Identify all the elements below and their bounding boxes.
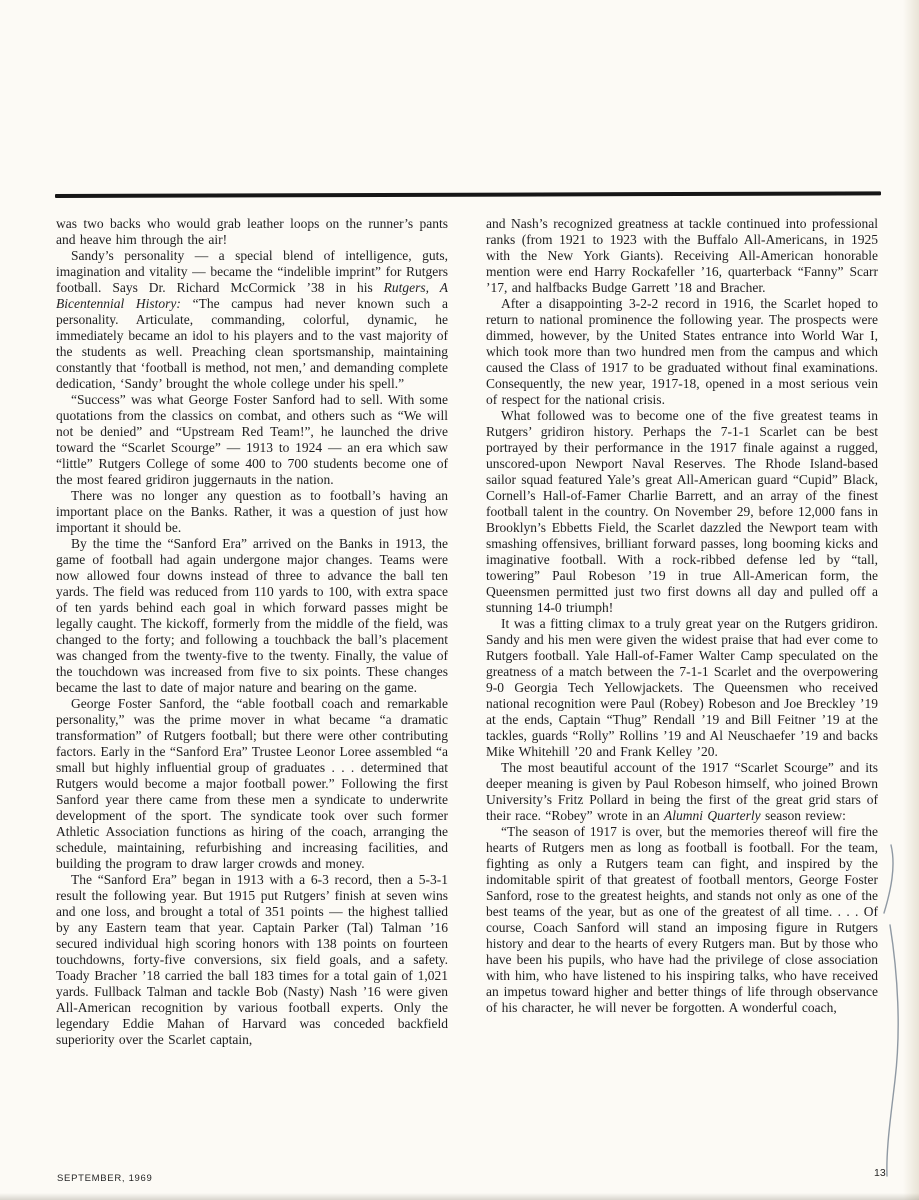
margin-mark-icon xyxy=(887,925,898,1176)
margin-mark-icon xyxy=(884,845,893,913)
top-rule xyxy=(55,191,881,197)
left-column: was two backs who would grab leather loo… xyxy=(56,216,448,1172)
paragraph: The “Sanford Era” began in 1913 with a 6… xyxy=(56,872,448,1048)
text-run: It was a fitting climax to a truly great… xyxy=(486,616,878,759)
paragraph: By the time the “Sanford Era” arrived on… xyxy=(56,536,448,696)
right-column: and Nash’s recognized greatness at tackl… xyxy=(486,216,878,1172)
text-run: “The season of 1917 is over, but the mem… xyxy=(486,824,878,1015)
text-run: By the time the “Sanford Era” arrived on… xyxy=(56,536,448,695)
paragraph: What followed was to become one of the f… xyxy=(486,408,878,616)
paragraph: It was a fitting climax to a truly great… xyxy=(486,616,878,760)
journal-date: SEPTEMBER, 1969 xyxy=(57,1173,153,1184)
paragraph: After a disappointing 3-2-2 record in 19… xyxy=(486,296,878,408)
text-run: “Success” was what George Foster Sanford… xyxy=(56,392,448,487)
paragraph: Sandy’s personality — a special blend of… xyxy=(56,248,448,392)
paragraph: was two backs who would grab leather loo… xyxy=(56,216,448,248)
text-run: Alumni Quarterly xyxy=(664,808,761,823)
page-number: 13 xyxy=(874,1167,886,1179)
scan-bottom-edge-shadow xyxy=(0,1193,919,1200)
text-run: was two backs who would grab leather loo… xyxy=(56,216,448,247)
text-run: George Foster Sanford, the “able footbal… xyxy=(56,696,448,871)
text-run: There was no longer any question as to f… xyxy=(56,488,448,535)
magazine-page: was two backs who would grab leather loo… xyxy=(0,0,919,1200)
text-run: and Nash’s recognized greatness at tackl… xyxy=(486,216,878,295)
paragraph: “Success” was what George Foster Sanford… xyxy=(56,392,448,488)
paragraph: and Nash’s recognized greatness at tackl… xyxy=(486,216,878,296)
paragraph: “The season of 1917 is over, but the mem… xyxy=(486,824,878,1016)
text-run: The “Sanford Era” began in 1913 with a 6… xyxy=(56,872,448,1047)
paragraph: The most beautiful account of the 1917 “… xyxy=(486,760,878,824)
text-run: What followed was to become one of the f… xyxy=(486,408,878,615)
text-run: After a disappointing 3-2-2 record in 19… xyxy=(486,296,878,407)
paragraph: George Foster Sanford, the “able footbal… xyxy=(56,696,448,872)
text-run: season review: xyxy=(761,808,846,823)
paragraph: There was no longer any question as to f… xyxy=(56,488,448,536)
scan-right-edge-shading xyxy=(903,0,919,1200)
